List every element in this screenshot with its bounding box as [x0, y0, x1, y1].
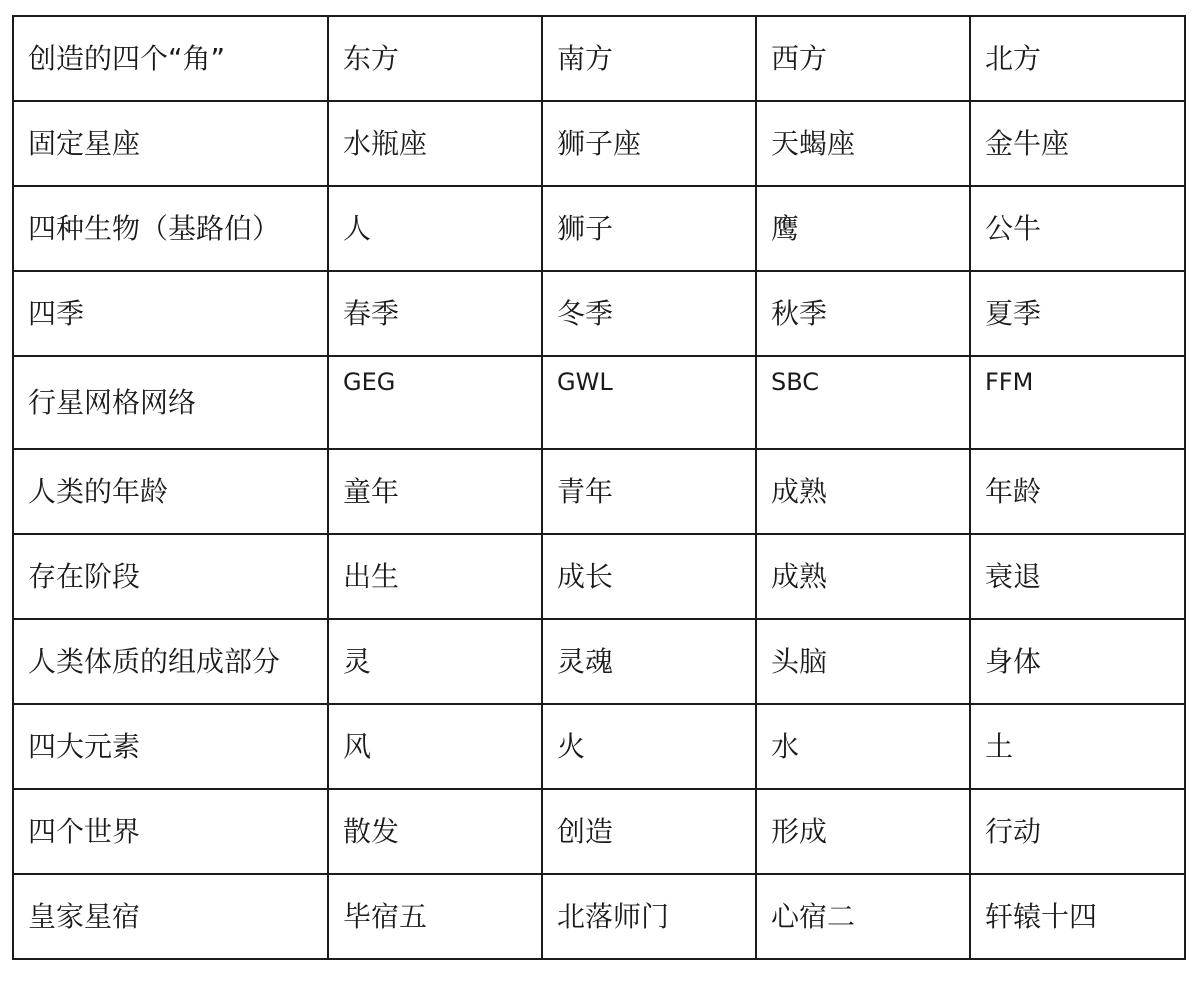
table-cell: 衰退: [970, 534, 1185, 619]
row-label: 皇家星宿: [13, 874, 328, 959]
table-cell: 创造: [542, 789, 756, 874]
table-cell: 公牛: [970, 186, 1185, 271]
table-cell: 金牛座: [970, 101, 1185, 186]
table-cell: 鹰: [756, 186, 970, 271]
table-row: 人类体质的组成部分 灵 灵魂 头脑 身体: [13, 619, 1185, 704]
table-row: 行星网格网络 GEG GWL SBC FFM: [13, 356, 1185, 449]
row-label: 四种生物（基路伯）: [13, 186, 328, 271]
table-cell: 形成: [756, 789, 970, 874]
header-cell-label: 创造的四个“角”: [13, 16, 328, 101]
row-label: 人类体质的组成部分: [13, 619, 328, 704]
table-row: 四季 春季 冬季 秋季 夏季: [13, 271, 1185, 356]
table-cell: 头脑: [756, 619, 970, 704]
table-row: 四种生物（基路伯） 人 狮子 鹰 公牛: [13, 186, 1185, 271]
table-cell: 成熟: [756, 534, 970, 619]
row-label: 行星网格网络: [13, 356, 328, 449]
table-cell: 成长: [542, 534, 756, 619]
table-cell: GWL: [542, 356, 756, 449]
table-cell: 心宿二: [756, 874, 970, 959]
table-cell: 秋季: [756, 271, 970, 356]
table-cell: 北落师门: [542, 874, 756, 959]
row-label: 人类的年龄: [13, 449, 328, 534]
table-row: 四个世界 散发 创造 形成 行动: [13, 789, 1185, 874]
table-row: 皇家星宿 毕宿五 北落师门 心宿二 轩辕十四: [13, 874, 1185, 959]
row-label: 存在阶段: [13, 534, 328, 619]
table-cell: 青年: [542, 449, 756, 534]
table-cell: 狮子座: [542, 101, 756, 186]
table-cell: 灵魂: [542, 619, 756, 704]
table-cell: 夏季: [970, 271, 1185, 356]
table-header-row: 创造的四个“角” 东方 南方 西方 北方: [13, 16, 1185, 101]
table-cell: 天蝎座: [756, 101, 970, 186]
table-cell: 年龄: [970, 449, 1185, 534]
table-cell: 水瓶座: [328, 101, 542, 186]
row-label: 四个世界: [13, 789, 328, 874]
table-cell: 土: [970, 704, 1185, 789]
correspondence-table: 创造的四个“角” 东方 南方 西方 北方 固定星座 水瓶座 狮子座 天蝎座 金牛…: [12, 15, 1186, 960]
table-row: 存在阶段 出生 成长 成熟 衰退: [13, 534, 1185, 619]
table-cell: 成熟: [756, 449, 970, 534]
table-cell: 灵: [328, 619, 542, 704]
table-cell: 冬季: [542, 271, 756, 356]
table-cell: 出生: [328, 534, 542, 619]
table-row: 四大元素 风 火 水 土: [13, 704, 1185, 789]
header-cell-south: 南方: [542, 16, 756, 101]
table-cell: 狮子: [542, 186, 756, 271]
document-page: 创造的四个“角” 东方 南方 西方 北方 固定星座 水瓶座 狮子座 天蝎座 金牛…: [0, 0, 1200, 987]
table-cell: 轩辕十四: [970, 874, 1185, 959]
table-cell: 火: [542, 704, 756, 789]
table-cell: 毕宿五: [328, 874, 542, 959]
table-cell: 散发: [328, 789, 542, 874]
header-cell-north: 北方: [970, 16, 1185, 101]
row-label: 四季: [13, 271, 328, 356]
table-cell: 风: [328, 704, 542, 789]
header-cell-east: 东方: [328, 16, 542, 101]
table-cell: 春季: [328, 271, 542, 356]
table-cell: 水: [756, 704, 970, 789]
table-cell: 童年: [328, 449, 542, 534]
row-label: 固定星座: [13, 101, 328, 186]
table-cell: 身体: [970, 619, 1185, 704]
header-cell-west: 西方: [756, 16, 970, 101]
table-cell: 行动: [970, 789, 1185, 874]
table-cell: 人: [328, 186, 542, 271]
row-label: 四大元素: [13, 704, 328, 789]
table-cell: GEG: [328, 356, 542, 449]
table-row: 人类的年龄 童年 青年 成熟 年龄: [13, 449, 1185, 534]
table-cell: FFM: [970, 356, 1185, 449]
table-row: 固定星座 水瓶座 狮子座 天蝎座 金牛座: [13, 101, 1185, 186]
table-cell: SBC: [756, 356, 970, 449]
